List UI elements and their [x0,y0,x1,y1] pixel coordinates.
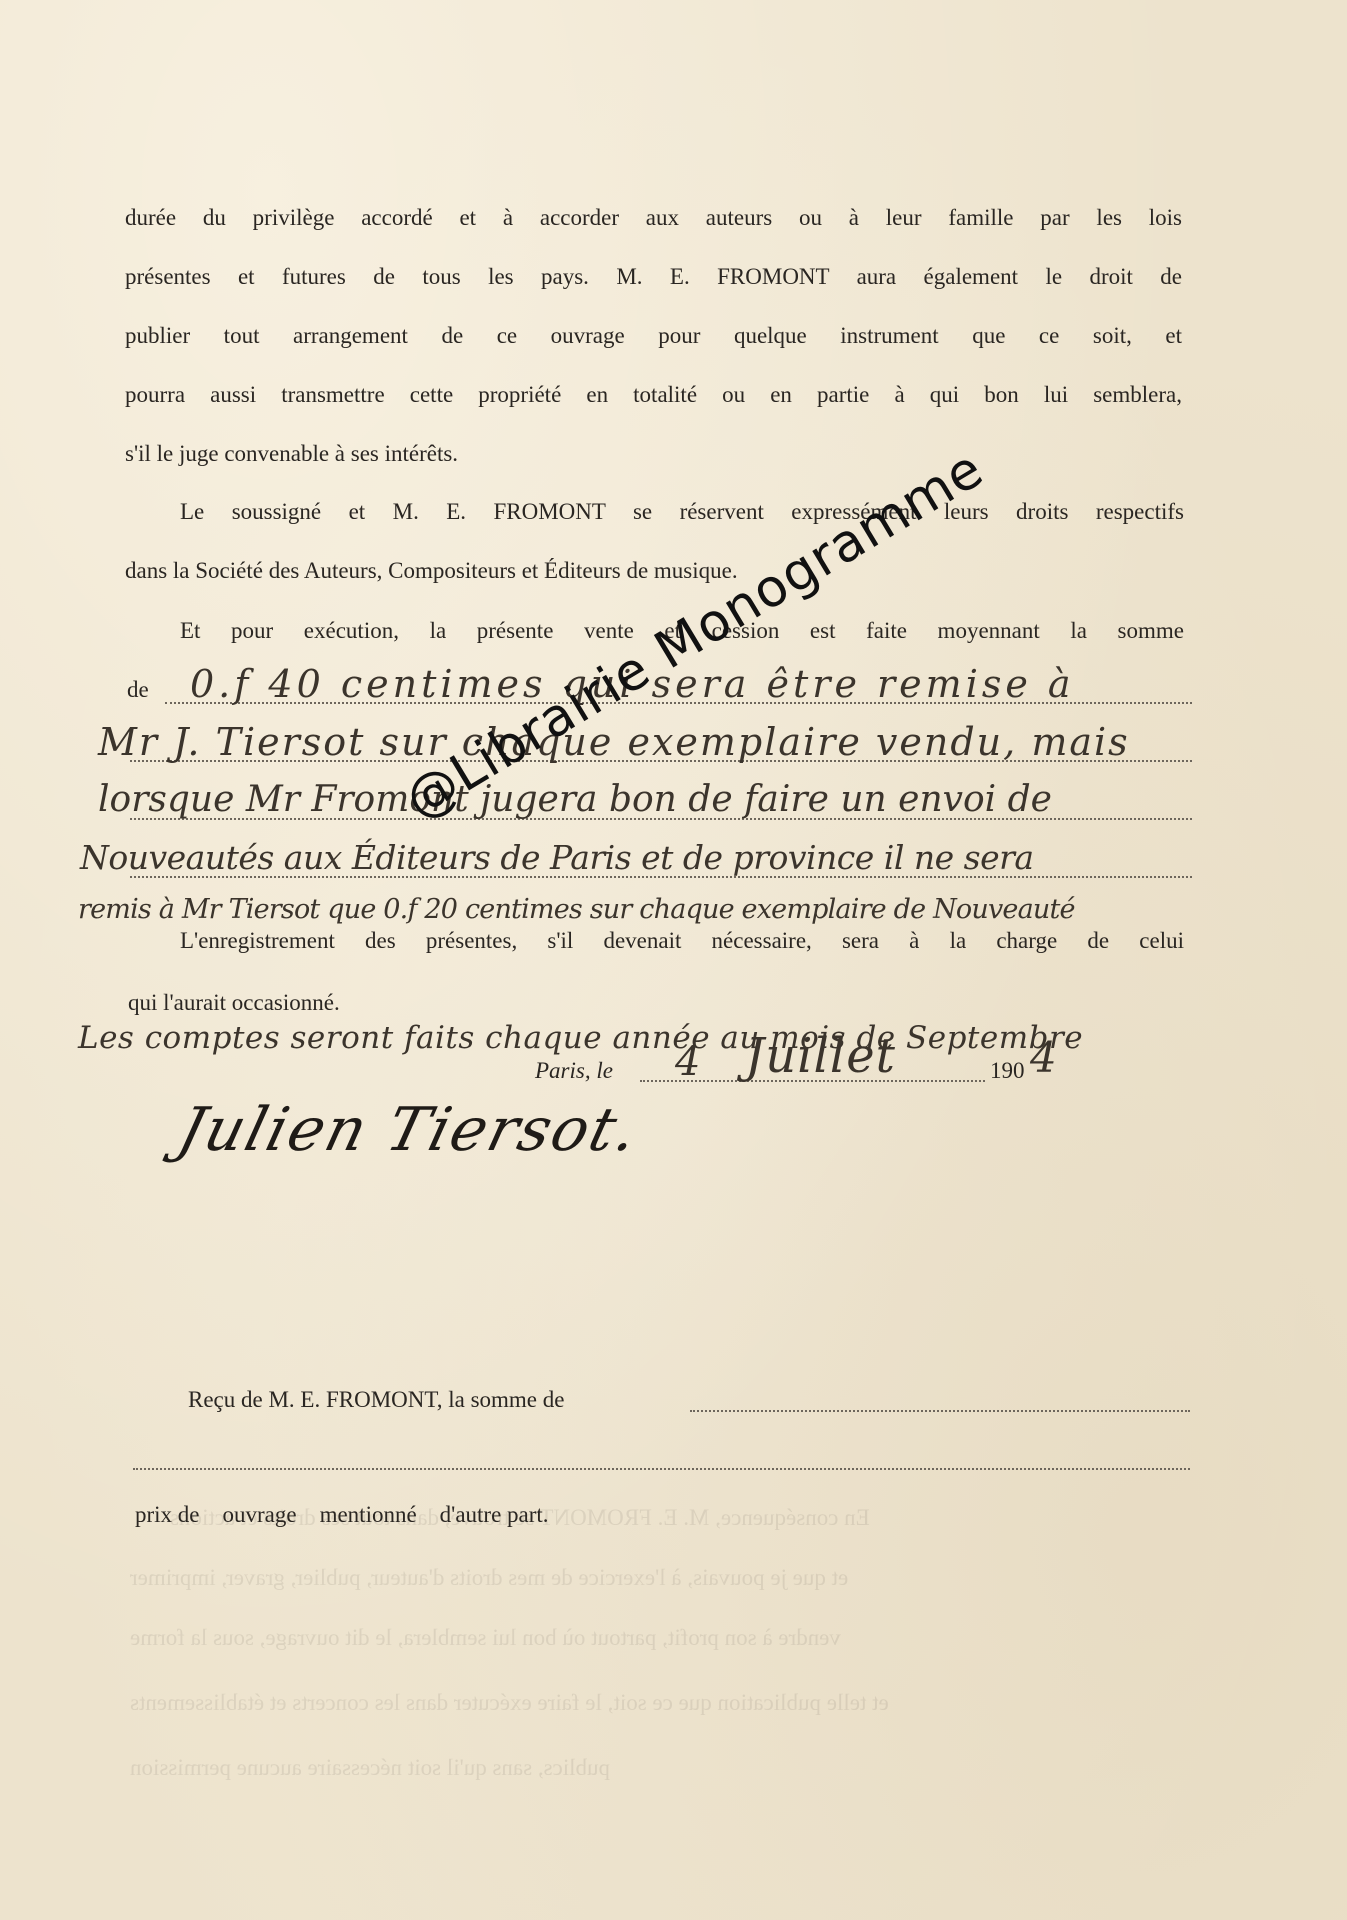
printed-line: durée du privilège accordé et à accorder… [125,205,1182,231]
date-day: 4 [675,1042,701,1082]
date-month: Juillet [745,1036,896,1076]
handwritten-line: Nouveautés aux Éditeurs de Paris et de p… [80,838,1034,878]
handwritten-line: Mr J. Tiersot sur chaque exemplaire vend… [98,722,1130,762]
show-through-text: et que je pouvais, à l'exercice de mes d… [130,1565,848,1591]
printed-line: publier tout arrangement de ce ouvrage p… [125,323,1182,349]
date-place-label: Paris, le [535,1058,613,1084]
receipt-line: prix de ouvrage mentionné d'autre part. [135,1502,549,1528]
printed-line: présentes et futures de tous les pays. M… [125,264,1182,290]
handwritten-note: Les comptes seront faits chaque année au… [78,1018,1083,1058]
printed-line: Le soussigné et M. E. FROMONT se réserve… [180,499,1184,525]
signature: Julien Tiersot. [171,1095,646,1165]
show-through-text: publics, sans qu'il soit nécessaire aucu… [130,1755,610,1781]
printed-line: s'il le juge convenable à ses intérêts. [125,441,458,467]
receipt-line: Reçu de M. E. FROMONT, la somme de [188,1387,564,1413]
show-through-text: vendre à son profit, partout où bon lui … [130,1625,841,1651]
printed-de-label: de [127,677,149,703]
printed-line: qui l'aurait occasionné. [128,990,340,1016]
receipt-amount-rule [690,1410,1190,1412]
date-year-prefix: 190 [990,1058,1025,1084]
handwritten-line: lorsque Mr Fromont jugera bon de faire u… [98,780,1052,820]
printed-line: dans la Société des Auteurs, Compositeur… [125,558,738,584]
date-year-suffix: 4 [1030,1038,1058,1078]
printed-line: pourra aussi transmettre cette propriété… [125,382,1182,408]
printed-line: L'enregistrement des présentes, s'il dev… [180,928,1184,954]
show-through-text: et telle publication que ce soit, le fai… [130,1690,889,1716]
receipt-amount-rule-2 [133,1468,1190,1470]
document-page: En conséquence, M. E. FROMONT se trouve,… [0,0,1347,1920]
handwritten-line: remis à Mr Tiersot que 0.f 20 centimes s… [78,890,1075,930]
